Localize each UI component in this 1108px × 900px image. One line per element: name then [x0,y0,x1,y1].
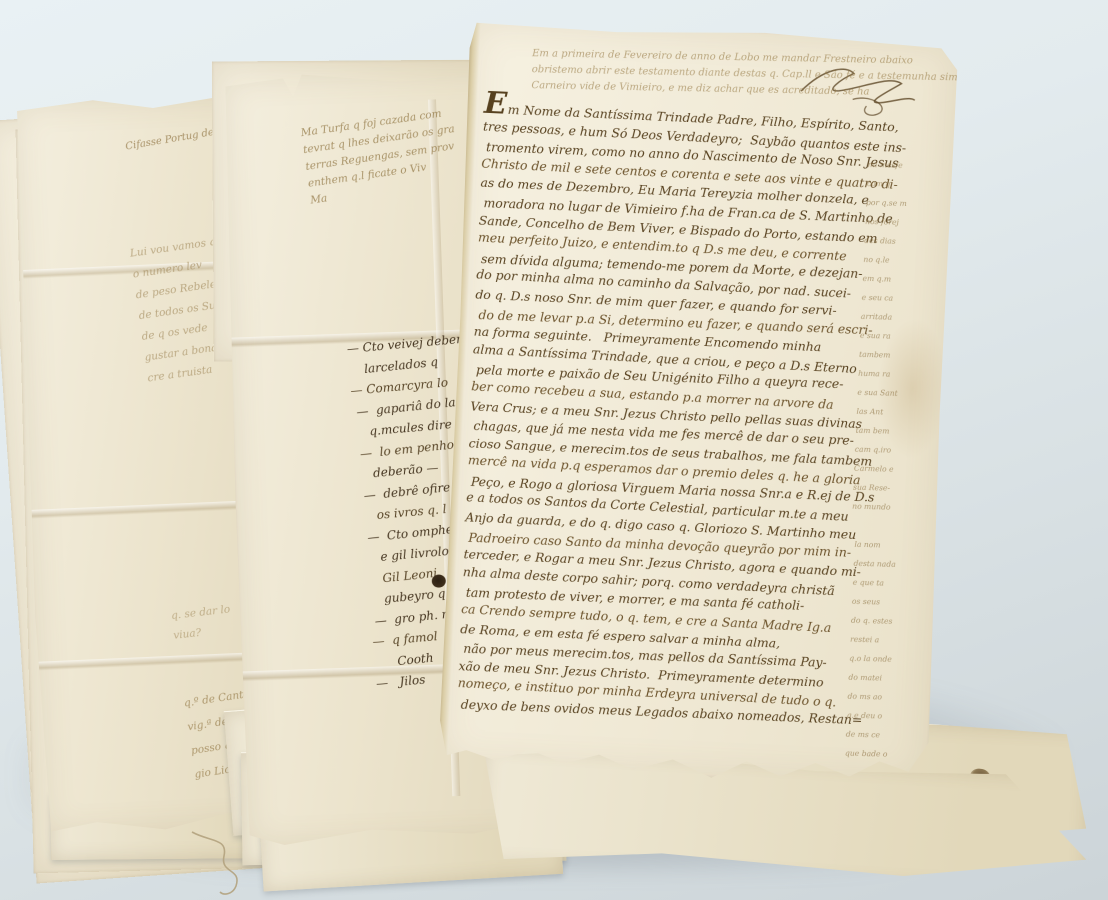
margin-note-line: e sua ra [860,326,940,347]
testament-margin-notes-lower: la nomdesta nadae que taos seusdo q. est… [845,534,935,765]
photo-of-manuscripts: Cifasse Portug de la Lui vou vamos qo nu… [0,0,1108,900]
margin-note-line: nos forej [865,212,945,233]
margin-note-line: cam q.iro [855,440,935,461]
testament-body-text: Em Nome da Santíssima Trindade Padre, Fi… [456,95,886,731]
margin-note-line: do q. estes [851,611,931,632]
margin-note-line: que bade o [845,743,925,764]
right-manuscript-bundle: Em a primeira de Fevereiro de anno de Lo… [470,18,1108,880]
margin-note-line: arritada [861,307,941,328]
margin-note-line: e seu ca [861,288,941,309]
margin-note-line: des dias [864,231,944,252]
margin-note-line: e sua Sant [857,383,937,404]
margin-note-line: las Ant [856,402,936,423]
margin-note-line: restei a [850,630,930,651]
margin-note-line: tam bem [855,421,935,442]
margin-note-line: e que ta [853,573,933,594]
margin-note-line: de ms ce [846,724,926,745]
margin-note-line: sua Rese- [853,478,933,499]
margin-note-line: desta nada [853,554,933,575]
margin-note-line: em q.m [862,269,942,290]
margin-note-line: no q.le [863,250,943,271]
testament-header-text: Em a primeira de Fevereiro de anno de Lo… [531,46,932,102]
margin-note-line: com q [867,174,947,195]
margin-note-line: tambem [859,345,939,366]
margin-note-line: do ms ao [847,687,927,708]
margin-note-line: q.o la onde [849,649,929,670]
margin-note-line: Carmelo e [854,459,934,480]
margin-note-line: huma ra [858,364,938,385]
testament-margin-notes-upper: mi mesfecom qpor q.se mnos forejdes dias… [852,154,948,518]
margin-note-line: no mundo [852,497,932,518]
margin-note-line: os seus [852,592,932,613]
margin-note-line: do matei [848,668,928,689]
margin-note-line: la nom [854,535,934,556]
margin-note-line: q.e deu o [847,706,927,727]
testament-page: Em a primeira de Fevereiro de anno de Lo… [436,18,961,788]
margin-note-line: mi mesfe [868,155,948,176]
margin-note-line: por q.se m [866,193,946,214]
